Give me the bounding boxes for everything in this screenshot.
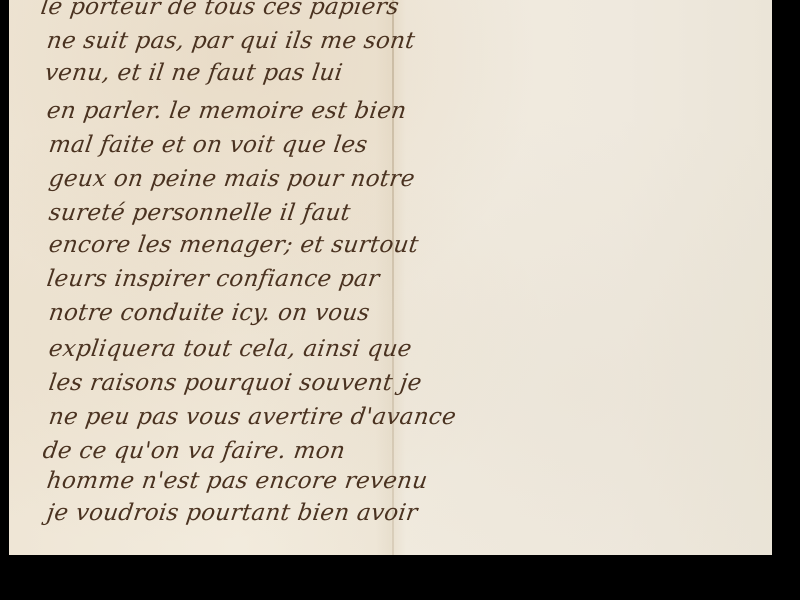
handwritten-line: le porteur de tous ces papiers (39, 0, 401, 20)
handwritten-line: les raisons pourquoi souvent je (47, 370, 423, 396)
handwritten-line: je voudrois pourtant bien avoir (45, 500, 419, 526)
handwritten-line: leurs inspirer confiance par (45, 266, 381, 292)
handwritten-line: en parler. le memoire est bien (45, 98, 408, 124)
handwritten-line: mal faite et on voit que les (47, 132, 369, 158)
handwritten-line: venu, et il ne faut pas lui (43, 60, 344, 86)
handwritten-line: encore les menager; et surtout (47, 232, 420, 258)
handwritten-line: de ce qu'on va faire. mon (41, 438, 347, 464)
handwritten-line: ne peu pas vous avertire d'avance (47, 404, 458, 430)
handwritten-line: notre conduite icy. on vous (47, 300, 371, 326)
handwritten-line: homme n'est pas encore revenu (45, 468, 429, 494)
handwritten-line: ne suit pas, par qui ils me sont (45, 28, 417, 54)
handwritten-line: expliquera tout cela, ainsi que (47, 336, 413, 362)
handwritten-line: sureté personnelle il faut (47, 200, 352, 226)
handwritten-line: geux on peine mais pour notre (47, 166, 416, 192)
letter-sheet: le porteur de tous ces papiers ne suit p… (9, 0, 772, 555)
